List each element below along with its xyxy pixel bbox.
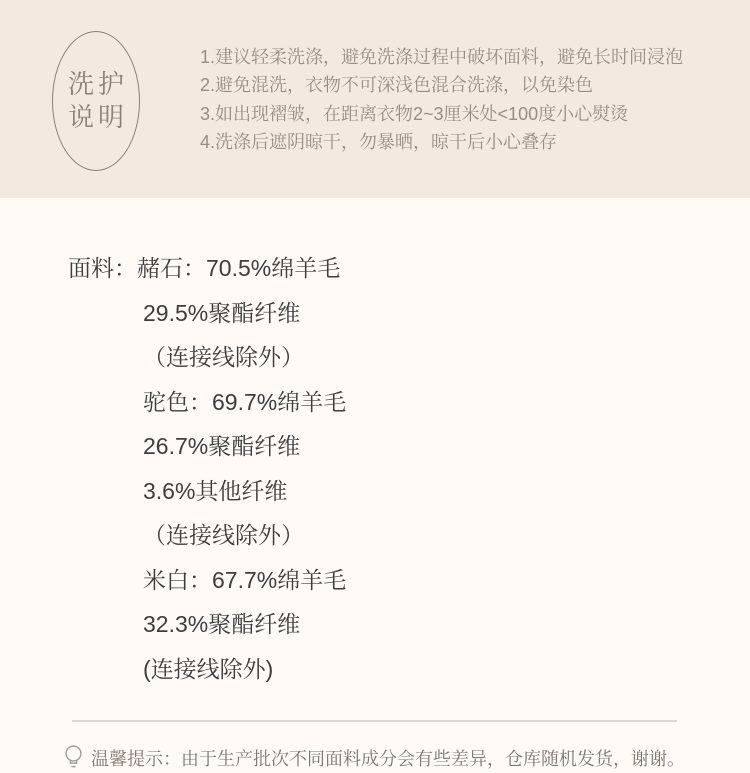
- fabric-line: (连接线除外): [143, 647, 346, 692]
- fabric-line: 26.7%聚酯纤维: [143, 424, 346, 469]
- fabric-line: 29.5%聚酯纤维: [143, 291, 346, 336]
- fabric-line: 面料：赭石：70.5%绵羊毛: [68, 246, 346, 291]
- fabric-line: 3.6%其他纤维: [143, 469, 346, 514]
- care-badge-line2: 说明: [64, 101, 128, 134]
- care-badge-line1: 洗护: [64, 68, 128, 101]
- fabric-line: 32.3%聚酯纤维: [143, 602, 346, 647]
- fabric-line: 驼色：69.7%绵羊毛: [143, 380, 346, 425]
- tip-text: 温馨提示：由于生产批次不同面料成分会有些差异，仓库随机发货，谢谢。: [91, 745, 685, 771]
- fabric-line: （连接线除外）: [143, 513, 346, 558]
- fabric-line: （连接线除外）: [143, 335, 346, 380]
- lightbulb-icon: [63, 744, 84, 771]
- care-instructions-section: 洗护 说明 1.建议轻柔洗涤，避免洗涤过程中破坏面料，避免长时间浸泡 2.避免混…: [0, 0, 750, 198]
- fabric-info-block: 面料：赭石：70.5%绵羊毛 29.5%聚酯纤维 （连接线除外） 驼色：69.7…: [68, 246, 346, 691]
- instruction-line: 2.避免混洗，衣物不可深浅色混合洗涤，以免染色: [200, 71, 683, 99]
- fabric-line: 米白：67.7%绵羊毛: [143, 558, 346, 603]
- fabric-value: 赭石：70.5%绵羊毛: [137, 255, 340, 281]
- product-detail-page: 洗护 说明 1.建议轻柔洗涤，避免洗涤过程中破坏面料，避免长时间浸泡 2.避免混…: [0, 0, 750, 773]
- warm-tip-row: 温馨提示：由于生产批次不同面料成分会有些差异，仓库随机发货，谢谢。: [63, 744, 685, 771]
- care-badge: 洗护 说明: [52, 31, 140, 171]
- washing-instructions-list: 1.建议轻柔洗涤，避免洗涤过程中破坏面料，避免长时间浸泡 2.避免混洗，衣物不可…: [200, 43, 683, 157]
- footer-divider: [72, 720, 677, 722]
- instruction-line: 4.洗涤后遮阴晾干，勿暴晒，晾干后小心叠存: [200, 128, 683, 156]
- instruction-line: 3.如出现褶皱，在距离衣物2~3厘米处<100度小心熨烫: [200, 100, 683, 128]
- fabric-label: 面料：: [68, 255, 137, 281]
- instruction-line: 1.建议轻柔洗涤，避免洗涤过程中破坏面料，避免长时间浸泡: [200, 43, 683, 71]
